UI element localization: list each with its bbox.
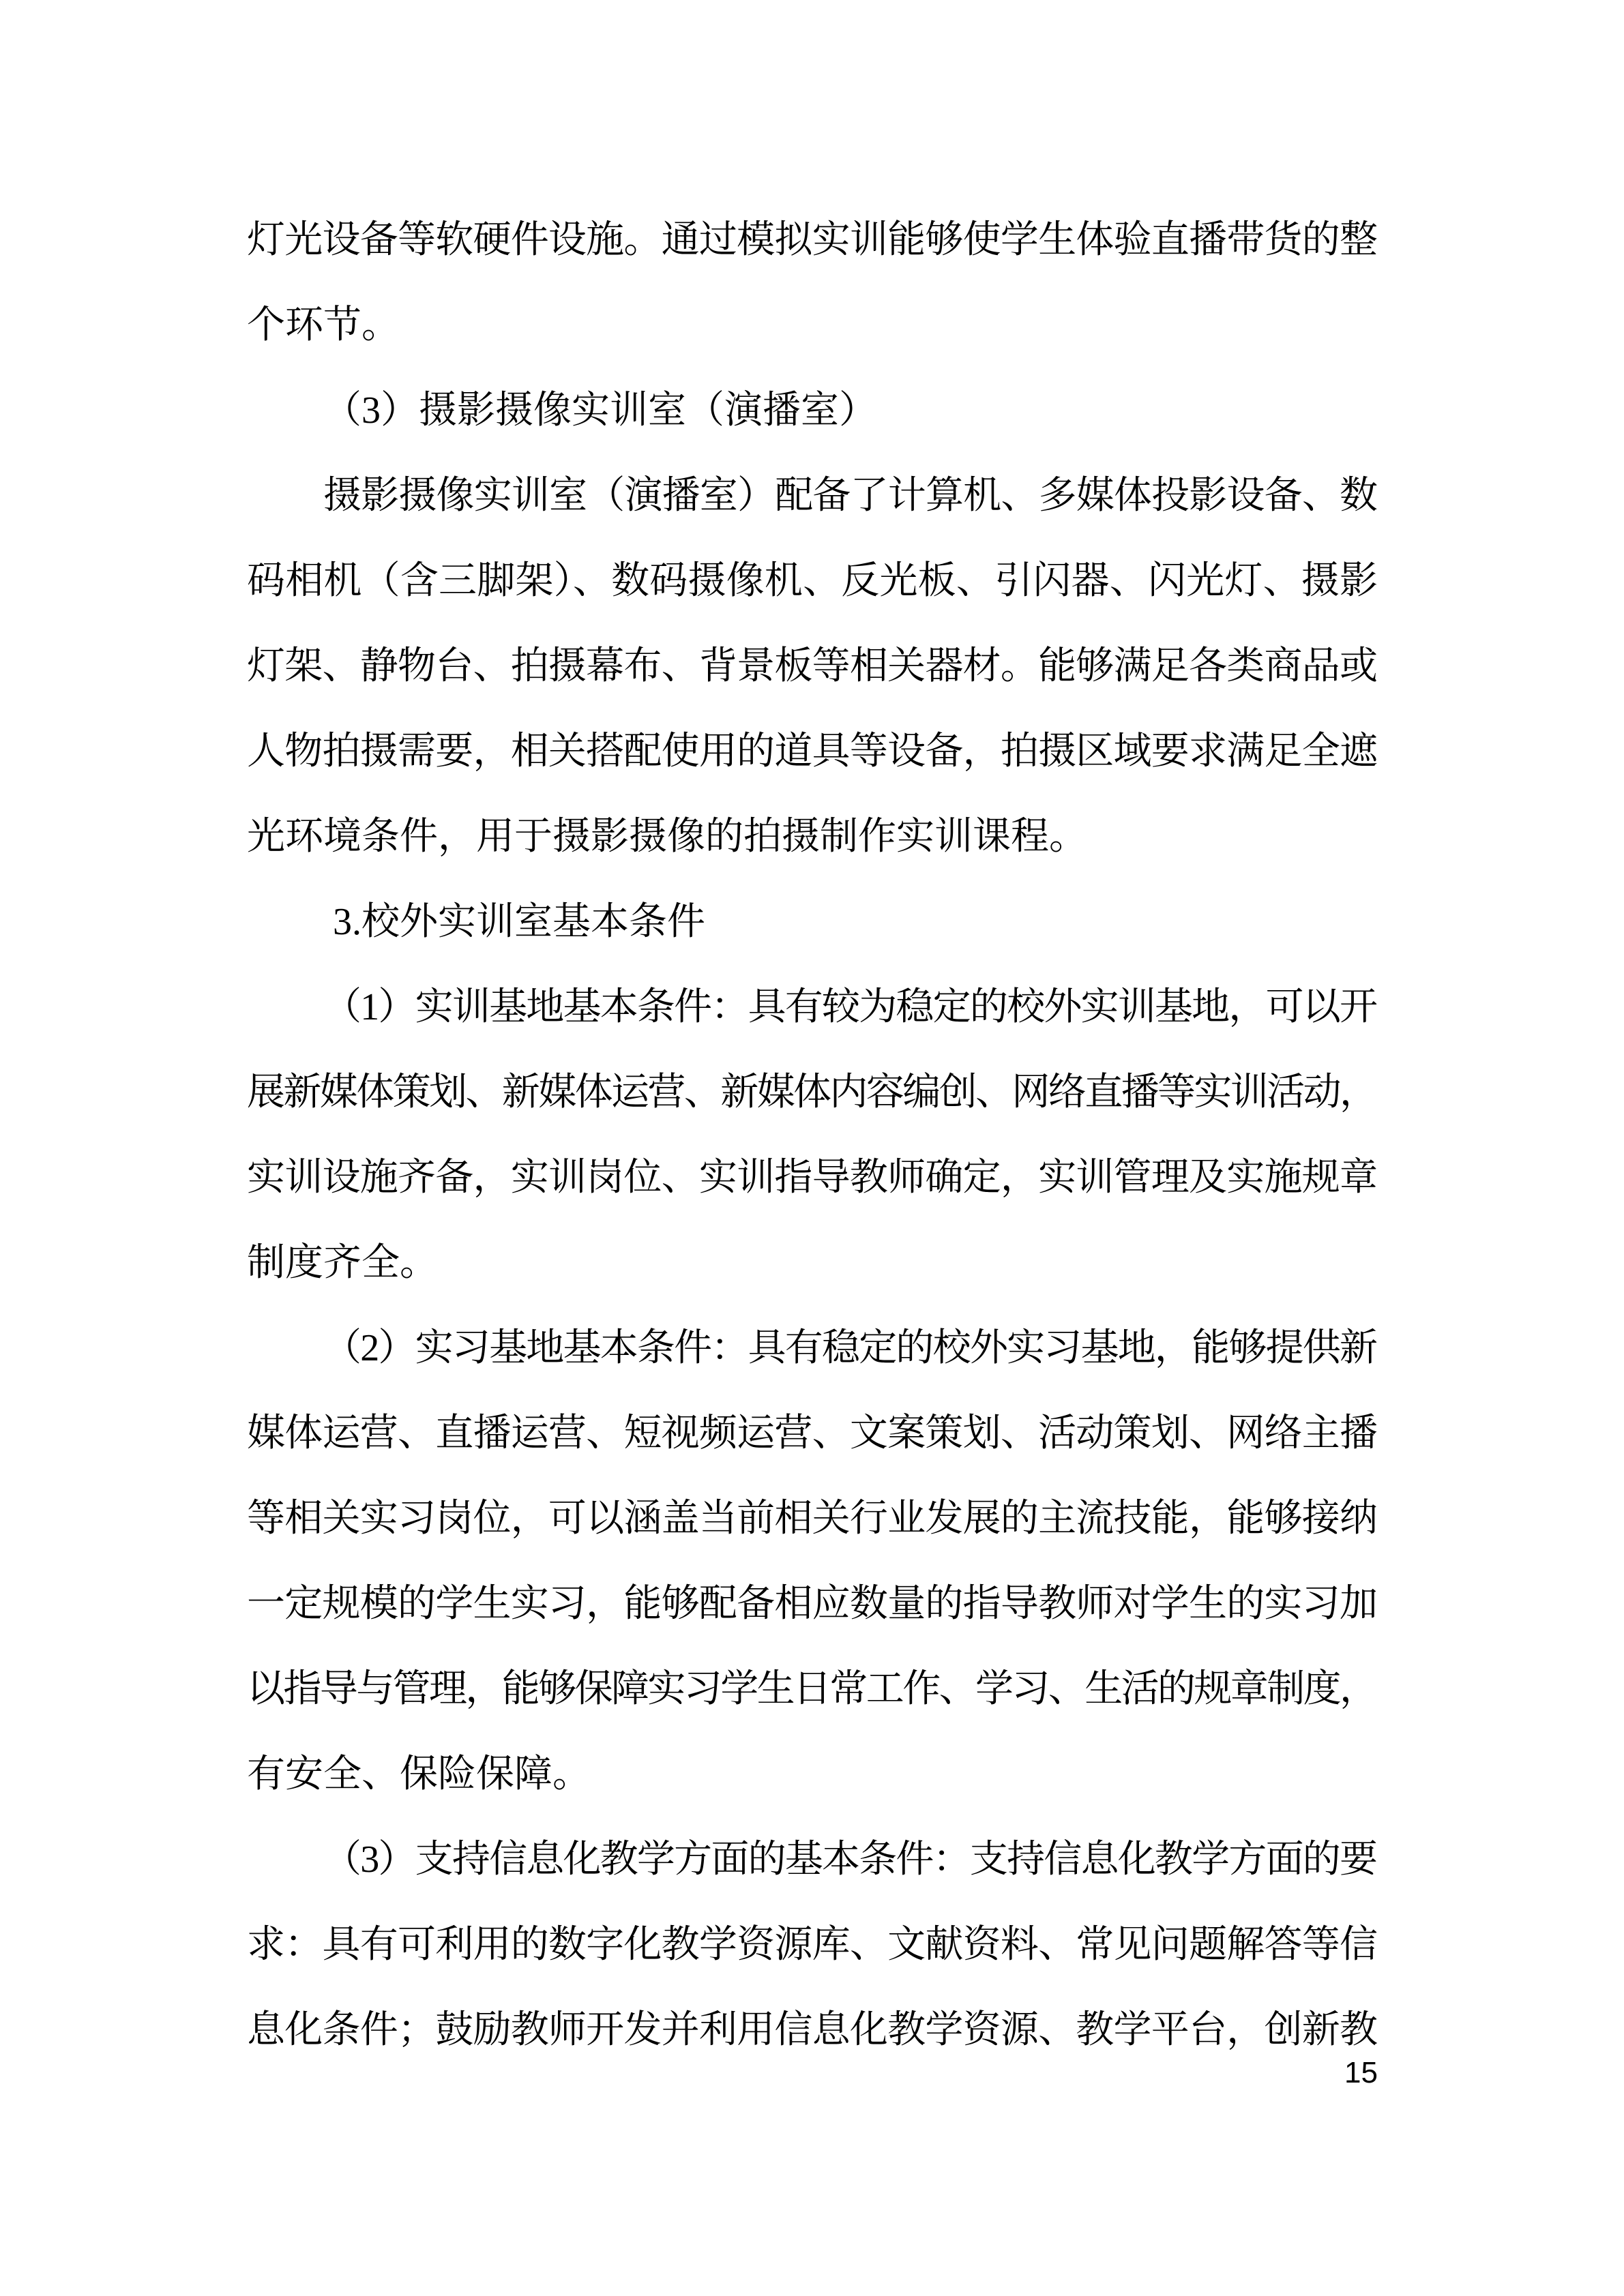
text-line-content: 息化条件；鼓励教师开发并利用信息化教学资源、教学平台，创新教: [247, 1988, 1377, 2073]
text-line: 息化条件；鼓励教师开发并利用信息化教学资源、教学平台，创新教: [247, 1988, 1378, 2073]
page-number: 15: [1323, 2055, 1378, 2091]
text-line: 人物拍摄需要，相关搭配使用的道具等设备，拍摄区域要求满足全遮: [247, 709, 1378, 794]
text-line: 实训设施齐备，实训岗位、实训指导教师确定，实训管理及实施规章: [247, 1135, 1378, 1221]
document-page: 灯光设备等软硬件设施。通过模拟实训能够使学生体验直播带货的整个环节。（3）摄影摄…: [0, 0, 1624, 2296]
text-line-content: 一定规模的学生实习，能够配备相应数量的指导教师对学生的实习加: [247, 1562, 1377, 1647]
text-line-content: 制度齐全。: [247, 1221, 438, 1306]
text-line: （3）摄影摄像实训室（演播室）: [247, 368, 1378, 453]
text-line-content: （1）实训基地基本条件：具有较为稳定的校外实训基地，可以开: [323, 965, 1376, 1050]
text-line-content: 摄影摄像实训室（演播室）配备了计算机、多媒体投影设备、数: [323, 453, 1377, 539]
text-line: 灯架、静物台、拍摄幕布、背景板等相关器材。能够满足各类商品或: [247, 624, 1378, 709]
text-line: 码相机（含三脚架）、数码摄像机、反光板、引闪器、闪光灯、摄影: [247, 539, 1378, 624]
text-line: 一定规模的学生实习，能够配备相应数量的指导教师对学生的实习加: [247, 1562, 1378, 1647]
text-line-content: 码相机（含三脚架）、数码摄像机、反光板、引闪器、闪光灯、摄影: [247, 539, 1378, 624]
text-line: 以指导与管理，能够保障实习学生日常工作、学习、生活的规章制度，: [247, 1647, 1378, 1732]
text-line: （1）实训基地基本条件：具有较为稳定的校外实训基地，可以开: [247, 965, 1378, 1050]
text-line-content: 光环境条件，用于摄影摄像的拍摄制作实训课程。: [247, 794, 1087, 880]
text-line: （2）实习基地基本条件：具有稳定的校外实习基地，能够提供新: [247, 1306, 1378, 1391]
text-line-content: 展新媒体策划、新媒体运营、新媒体内容编创、网络直播等实训活动，: [247, 1050, 1376, 1135]
text-line: 求：具有可利用的数字化教学资源库、文献资料、常见问题解答等信: [247, 1903, 1378, 1988]
text-line-content: 灯光设备等软硬件设施。通过模拟实训能够使学生体验直播带货的整: [247, 198, 1377, 283]
text-line: 摄影摄像实训室（演播室）配备了计算机、多媒体投影设备、数: [247, 453, 1378, 539]
text-line-content: 求：具有可利用的数字化教学资源库、文献资料、常见问题解答等信: [247, 1903, 1377, 1988]
text-line-content: 有安全、保险保障。: [247, 1732, 591, 1817]
text-line-content: 实训设施齐备，实训岗位、实训指导教师确定，实训管理及实施规章: [247, 1135, 1377, 1221]
text-line-content: 人物拍摄需要，相关搭配使用的道具等设备，拍摄区域要求满足全遮: [247, 709, 1377, 794]
text-line: 展新媒体策划、新媒体运营、新媒体内容编创、网络直播等实训活动，: [247, 1050, 1378, 1135]
text-line-content: （3）支持信息化教学方面的基本条件：支持信息化教学方面的要: [323, 1817, 1376, 1903]
text-line: 个环节。: [247, 283, 1378, 368]
text-line: 媒体运营、直播运营、短视频运营、文案策划、活动策划、网络主播: [247, 1391, 1378, 1476]
text-line-content: 等相关实习岗位，可以涵盖当前相关行业发展的主流技能，能够接纳: [247, 1476, 1377, 1562]
text-line-content: 灯架、静物台、拍摄幕布、背景板等相关器材。能够满足各类商品或: [247, 624, 1377, 709]
text-line-content: 媒体运营、直播运营、短视频运营、文案策划、活动策划、网络主播: [247, 1391, 1377, 1476]
text-line: 有安全、保险保障。: [247, 1732, 1378, 1817]
text-line: 灯光设备等软硬件设施。通过模拟实训能够使学生体验直播带货的整: [247, 198, 1378, 283]
text-line-content: （3）摄影摄像实训室（演播室）: [323, 368, 877, 453]
text-line-content: 以指导与管理，能够保障实习学生日常工作、学习、生活的规章制度，: [247, 1647, 1376, 1732]
text-line: 3.校外实训室基本条件: [247, 880, 1378, 965]
text-line-content: 3.校外实训室基本条件: [333, 880, 705, 965]
text-line-content: （2）实习基地基本条件：具有稳定的校外实习基地，能够提供新: [323, 1306, 1376, 1391]
text-line-content: 个环节。: [247, 283, 400, 368]
text-line: 等相关实习岗位，可以涵盖当前相关行业发展的主流技能，能够接纳: [247, 1476, 1378, 1562]
document-body: 灯光设备等软硬件设施。通过模拟实训能够使学生体验直播带货的整个环节。（3）摄影摄…: [247, 198, 1378, 2073]
text-line: （3）支持信息化教学方面的基本条件：支持信息化教学方面的要: [247, 1817, 1378, 1903]
text-line: 制度齐全。: [247, 1221, 1378, 1306]
text-line: 光环境条件，用于摄影摄像的拍摄制作实训课程。: [247, 794, 1378, 880]
